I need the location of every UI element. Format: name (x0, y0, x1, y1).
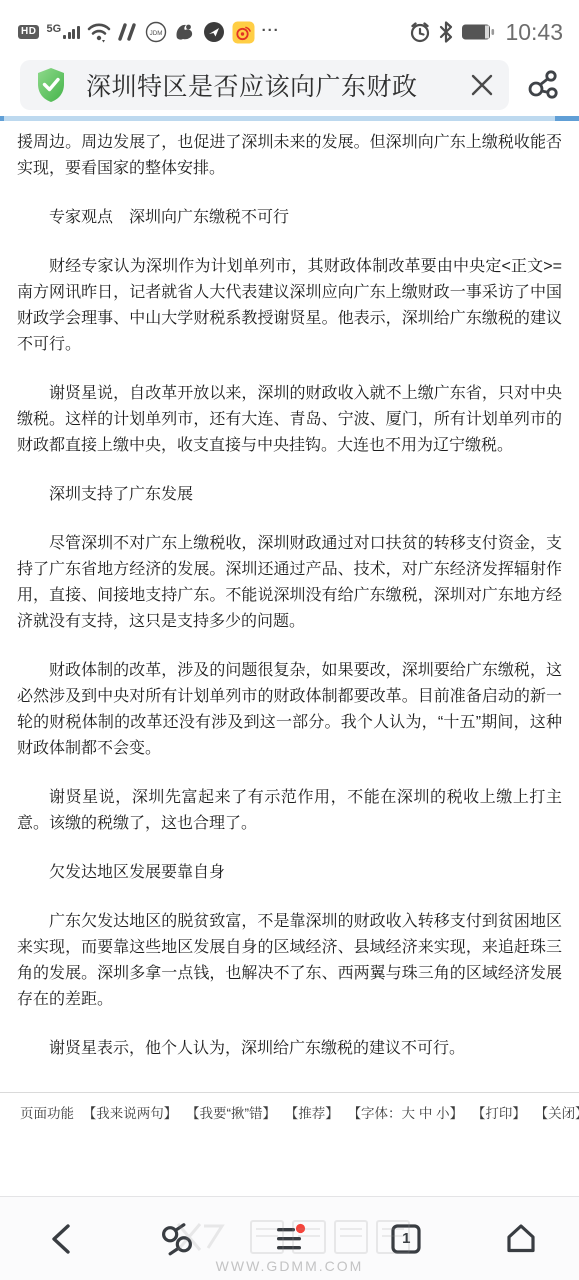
wifi-icon (87, 21, 111, 43)
report-error-link[interactable]: 【我要“揪”错】 (186, 1106, 276, 1121)
menu-button[interactable] (272, 1219, 312, 1259)
tabs-button[interactable]: 1 (386, 1219, 426, 1259)
font-size-links[interactable]: 【字体：大 中 小】 (348, 1106, 464, 1121)
clock-time: 10:43 (505, 19, 563, 46)
browser-app-icon (203, 21, 225, 43)
article-paragraph: 援周边。周边发展了，也促进了深圳未来的发展。但深圳向广东上缴税收能否实现，要看国… (17, 130, 562, 182)
squirrel-app-icon (174, 21, 196, 43)
weibo-app-icon (232, 21, 255, 44)
browser-toolbar: 1 (0, 1196, 579, 1280)
alarm-icon (409, 21, 431, 43)
article-section-heading: 欠发达地区发展要靠自身 (17, 860, 562, 886)
secure-shield-icon (34, 66, 68, 104)
article-paragraph: 尽管深圳不对广东上缴税收，深圳财政通过对口扶贫的转移支付资金，支持了广东省地方经… (17, 531, 562, 635)
back-button[interactable] (42, 1219, 82, 1259)
article-paragraph: 广东欠发达地区的脱贫致富，不是靠深圳的财政收入转移支付到贫困地区来实现，而要靠这… (17, 909, 562, 1013)
home-button[interactable] (501, 1219, 541, 1259)
browser-screen: HD 5G JDM (0, 0, 579, 1280)
notification-dot (295, 1223, 304, 1232)
back-icon (45, 1220, 79, 1258)
vpn-double-slash-icon (118, 22, 138, 42)
menu-icon (272, 1220, 312, 1258)
more-notifications-icon: ··· (262, 22, 280, 39)
article-paragraph: 谢贤星说，深圳先富起来了有示范作用，不能在深圳的税收上缴上打主意。该缴的税缴了，… (17, 785, 562, 837)
close-icon (469, 72, 495, 98)
comment-link[interactable]: 【我来说两句】 (83, 1106, 178, 1121)
status-bar: HD 5G JDM (0, 0, 579, 56)
hd-voice-icon: HD (18, 25, 39, 39)
jdm-app-icon: JDM (145, 21, 167, 43)
recommend-link[interactable]: 【推荐】 (285, 1106, 339, 1121)
function-bar-label: 页面功能 (20, 1106, 74, 1121)
page-load-progress-bar (0, 116, 579, 121)
article-paragraph: 财政体制的改革，涉及的问题很复杂，如果要改，深圳要给广东缴税，这必然涉及到中央对… (17, 658, 562, 762)
article-paragraph: 谢贤星表示，他个人认为，深圳给广东缴税的建议不可行。 (17, 1036, 562, 1062)
article-section-heading: 专家观点 深圳向广东缴税不可行 (17, 205, 562, 231)
battery-icon (461, 23, 495, 41)
cellular-signal-icon: 5G (46, 26, 79, 39)
tools-button[interactable] (157, 1219, 197, 1259)
address-bar[interactable]: 深圳特区是否应该向广东财政 (20, 60, 509, 110)
share-icon (524, 67, 560, 103)
home-icon (502, 1220, 540, 1258)
bluetooth-icon (438, 20, 454, 44)
close-page-link[interactable]: 【关闭】 (535, 1106, 579, 1121)
article-section-heading: 深圳支持了广东发展 (17, 482, 562, 508)
svg-text:JDM: JDM (149, 30, 162, 37)
tools-circles-icon (158, 1220, 196, 1258)
article-paragraph: 谢贤星说，自改革开放以来，深圳的财政收入就不上缴广东省，只对中央缴税。这样的计划… (17, 381, 562, 459)
search-query-text[interactable]: 深圳特区是否应该向广东财政 (86, 67, 465, 103)
clear-query-button[interactable] (465, 68, 499, 102)
print-link[interactable]: 【打印】 (472, 1106, 526, 1121)
article-content: 援周边。周边发展了，也促进了深圳未来的发展。但深圳向广东上缴税收能否实现，要看国… (0, 121, 579, 1062)
article-paragraph: 财经专家认为深圳作为计划单列市，其财政体制改革要由中央定<正文>=南方网讯昨日，… (17, 254, 562, 358)
share-button[interactable] (523, 66, 561, 104)
page-function-bar: 页面功能 【我来说两句】 【我要“揪”错】 【推荐】 【字体：大 中 小】 【打… (0, 1092, 579, 1128)
tab-count: 1 (386, 1219, 426, 1259)
address-bar-row: 深圳特区是否应该向广东财政 (0, 56, 579, 116)
